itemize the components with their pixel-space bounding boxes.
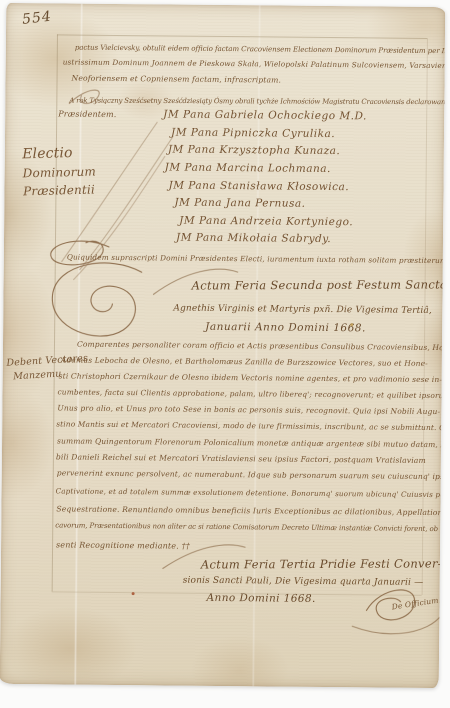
body-line: summam Quingentorum Florenorum Polonical…: [57, 436, 445, 449]
oath-line: Quiquidem suprascripti Domini Præsidente…: [67, 253, 445, 266]
body-line: Unus pro alio, et Unus pro toto Sese in …: [57, 403, 440, 416]
paper-sheet: 554 pactus Vielcievsky, obtulit eidem of…: [0, 3, 445, 688]
margin-note-electio: Electio Dominorum Præsidentii: [22, 145, 97, 199]
body-line: cavorum, Præsentationibus non aliter ac …: [55, 521, 445, 533]
actum-second-line: Actum Feria Tertia Pridie Festi Conver-: [201, 556, 442, 571]
body-line: senti Recognitione mediante. ††: [56, 540, 190, 550]
polish-declaration-line: A rok Tysiączny Sześćsetny Sześćdziesiąt…: [69, 97, 445, 107]
margin-rule-top: [57, 34, 427, 39]
actum-second-line: sionis Sancti Pauli, Die Vigesima quarta…: [183, 576, 424, 588]
president-entry: JM Pana Stanisława Kłosowica.: [168, 179, 349, 193]
initial-c-spiral: [52, 262, 142, 336]
margin-note-line: Dominorum: [23, 165, 97, 181]
body-line: stino Mantis sui et Mercatori Cracoviens…: [56, 419, 445, 432]
margin-note-line: Debent Vectores: [6, 353, 88, 369]
actum-first-line: Actum Feria Secunda post Festum Sanctæ: [192, 277, 446, 292]
body-line: bili Danieli Reichel sui et Mercatori Vr…: [56, 452, 426, 465]
body-line: Captivatione, et ad totalem summæ exsolu…: [56, 486, 446, 499]
president-entry: JM Pana Jana Pernusa.: [174, 197, 305, 210]
ink-speck: [350, 323, 353, 326]
margin-note-line: Electio: [22, 145, 96, 163]
manuscript-scan: 554 pactus Vielcievsky, obtulit eidem of…: [0, 0, 450, 708]
intro-line: Neoforiensem et Copniensem factam, infra…: [72, 74, 282, 85]
body-line: cumbentes, facta sui Clientis approbatio…: [58, 387, 446, 400]
ink-speck: [132, 592, 135, 595]
body-line: Comparentes personaliter coram officio e…: [77, 340, 445, 353]
body-line: sti Christophori Czernikaur de Olesno ib…: [59, 371, 442, 384]
president-entry: JM Pana Pipniczka Cyrulika.: [171, 126, 335, 140]
body-line: pervenerint exnunc persolvent, ac numera…: [57, 468, 446, 481]
intro-line: pactus Vielcievsky, obtulit eidem offici…: [75, 43, 445, 56]
president-entry: JM Pana Mikołaia Sabrydy.: [176, 232, 331, 245]
actum-second-line: Anno Domini 1668.: [207, 592, 316, 605]
signature-underline-flourish: [352, 614, 441, 634]
president-entry: JM Pana Andrzeia Kortyniego.: [179, 215, 353, 229]
president-entry: JM Pana Marcina Lochmana.: [165, 161, 331, 175]
body-line: Sequestratione. Renuntiando omnibus bene…: [56, 504, 445, 517]
body-line: Adamus Lebocha de Olesno, et Bartholomæu…: [61, 355, 428, 368]
margin-note-line: Præsidentii: [23, 182, 97, 198]
actum-first-line: Januarii Anno Domini 1668.: [205, 321, 366, 335]
president-entry: JM Pana Krzysztopha Kunaza.: [168, 143, 341, 157]
actum-first-line: Agnethis Virginis et Martyris pxñ. Die V…: [173, 304, 432, 316]
intro-line: ustrissimum Dominum Joannem de Pieskowa …: [63, 57, 446, 70]
margin-note-debent: Debent Vectores Manzemu: [6, 353, 89, 383]
clerk-signature: De Officium.: [391, 595, 441, 611]
folio-number: 554: [21, 9, 52, 28]
president-entry: JM Pana Gabriela Ochockiego M.D.: [163, 108, 367, 122]
election-label: Præsidentem.: [58, 109, 116, 119]
